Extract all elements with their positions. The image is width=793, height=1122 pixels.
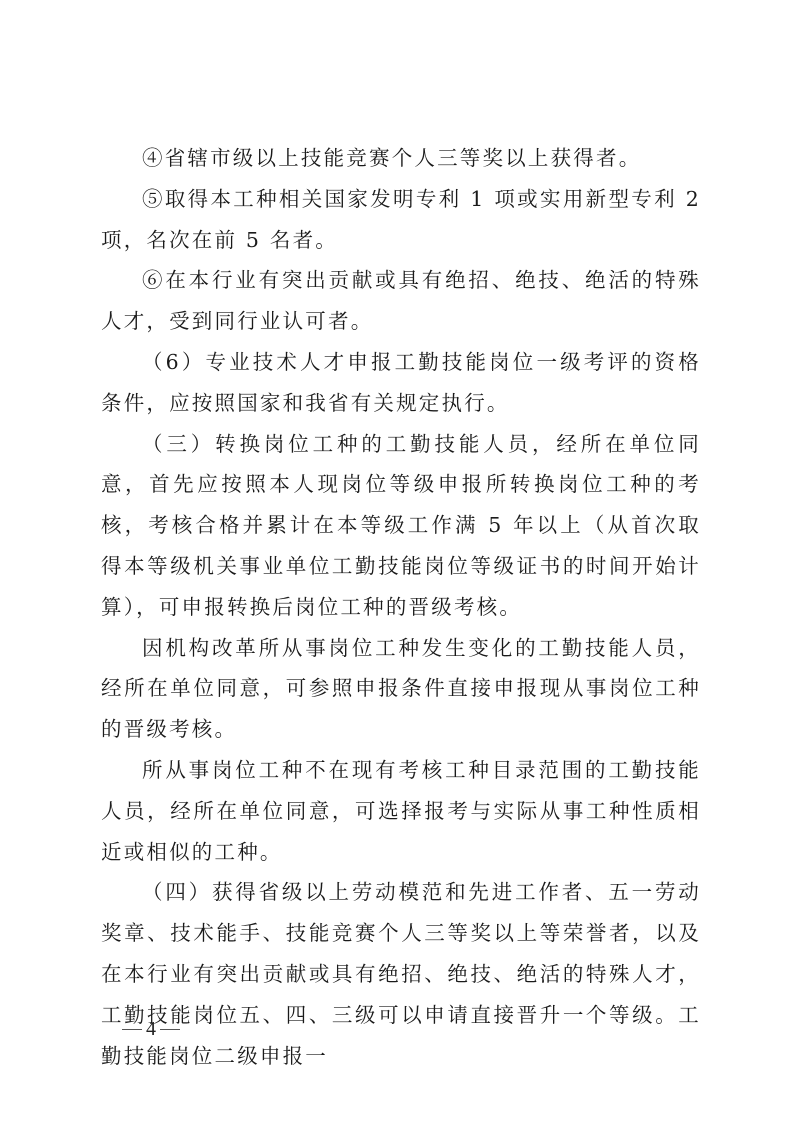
paragraph-unlisted-job: 所从事岗位工种不在现有考核工种目录范围的工勤技能人员，经所在单位同意，可选择报考… xyxy=(101,750,701,872)
paragraph-clause-6: （6）专业技术人才申报工勤技能岗位一级考评的资格条件，应按照国家和我省有关规定执… xyxy=(101,342,701,424)
paragraph-restructuring: 因机构改革所从事岗位工种发生变化的工勤技能人员，经所在单位同意，可参照申报条件直… xyxy=(101,628,701,750)
document-body: ④省辖市级以上技能竞赛个人三等奖以上获得者。 ⑤取得本工种相关国家发明专利 1 … xyxy=(101,138,701,1076)
paragraph-item-6: ⑥在本行业有突出贡献或具有绝招、绝技、绝活的特殊人才，受到同行业认可者。 xyxy=(101,260,701,342)
dash-left xyxy=(122,1029,142,1030)
dash-right xyxy=(160,1029,180,1030)
paragraph-item-5: ⑤取得本工种相关国家发明专利 1 项或实用新型专利 2 项，名次在前 5 名者。 xyxy=(101,179,701,261)
paragraph-section-3: （三）转换岗位工种的工勤技能人员，经所在单位同意，首先应按照本人现岗位等级申报所… xyxy=(101,424,701,628)
page-number: 4 xyxy=(146,1018,156,1041)
document-page: ④省辖市级以上技能竞赛个人三等奖以上获得者。 ⑤取得本工种相关国家发明专利 1 … xyxy=(0,0,793,1122)
page-footer: 4 xyxy=(122,1018,180,1041)
paragraph-section-4: （四）获得省级以上劳动模范和先进工作者、五一劳动奖章、技术能手、技能竞赛个人三等… xyxy=(101,872,701,1076)
paragraph-item-4: ④省辖市级以上技能竞赛个人三等奖以上获得者。 xyxy=(101,138,701,179)
